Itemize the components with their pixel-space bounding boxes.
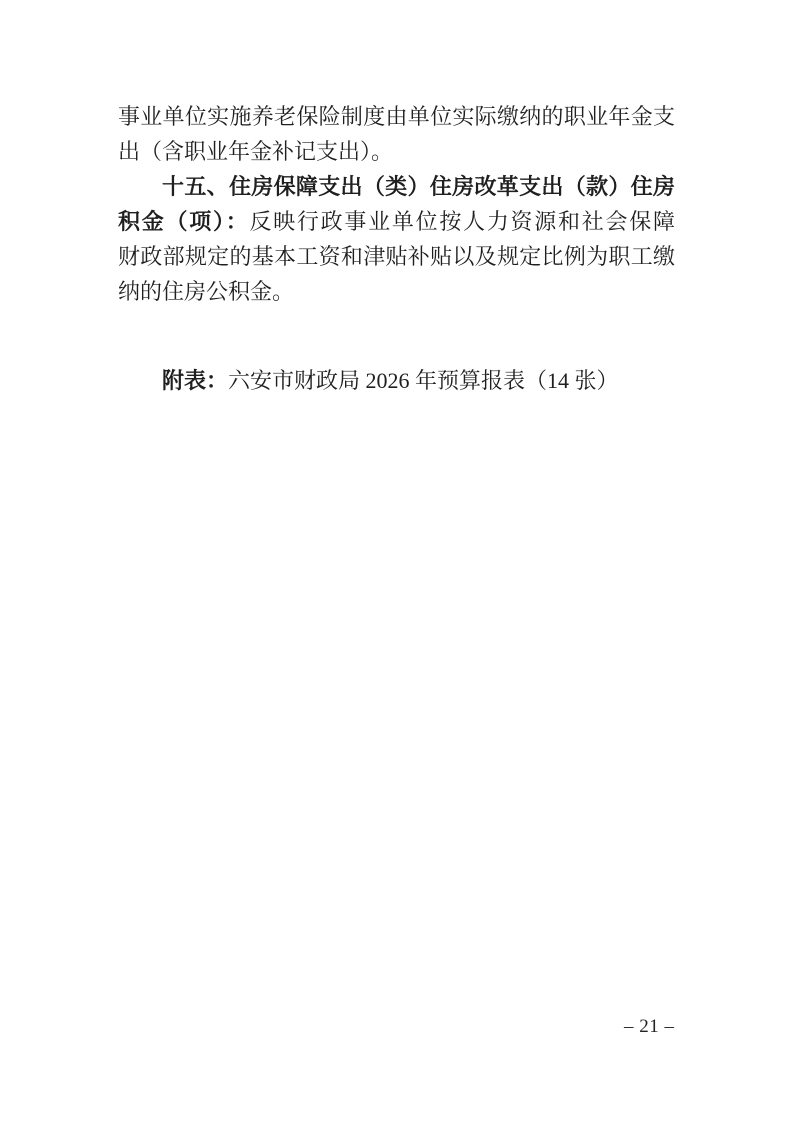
section-heading-segment: 积金（项）：	[118, 209, 249, 234]
text-line: 财政部规定的基本工资和津贴补贴以及规定比例为职工缴	[118, 239, 675, 274]
page-number: – 21 –	[624, 1014, 675, 1040]
attachment-text: 六安市财政局 2026 年预算报表（14 张）	[228, 368, 619, 393]
attachment-note: 附表：六安市财政局 2026 年预算报表（14 张）	[118, 363, 675, 398]
attachment-label: 附表：	[162, 368, 228, 393]
text-line: 积金（项）：反映行政事业单位按人力资源和社会保障部、	[118, 204, 675, 239]
paragraph-block: 事业单位实施养老保险制度由单位实际缴纳的职业年金支 出（含职业年金补记支出）。 …	[118, 99, 675, 309]
text-line: 事业单位实施养老保险制度由单位实际缴纳的职业年金支	[118, 99, 675, 134]
text-line-segment: 财政部规定的基本工资和津贴补贴以及规定比例为职工缴	[118, 244, 675, 269]
text-line: 纳的住房公积金。	[118, 274, 675, 309]
section-heading-line: 十五、住房保障支出（类）住房改革支出（款）住房公	[118, 169, 675, 204]
document-page: 事业单位实施养老保险制度由单位实际缴纳的职业年金支 出（含职业年金补记支出）。 …	[0, 0, 793, 1122]
text-line-segment: 纳的住房公积金。	[118, 279, 294, 304]
section-heading-segment: 十五、住房保障支出（类）住房改革支出（款）住房公	[162, 174, 675, 204]
text-line: 出（含职业年金补记支出）。	[118, 134, 675, 169]
text-line-segment: 事业单位实施养老保险制度由单位实际缴纳的职业年金支	[118, 104, 675, 129]
text-line-segment: 出（含职业年金补记支出）。	[118, 139, 393, 164]
